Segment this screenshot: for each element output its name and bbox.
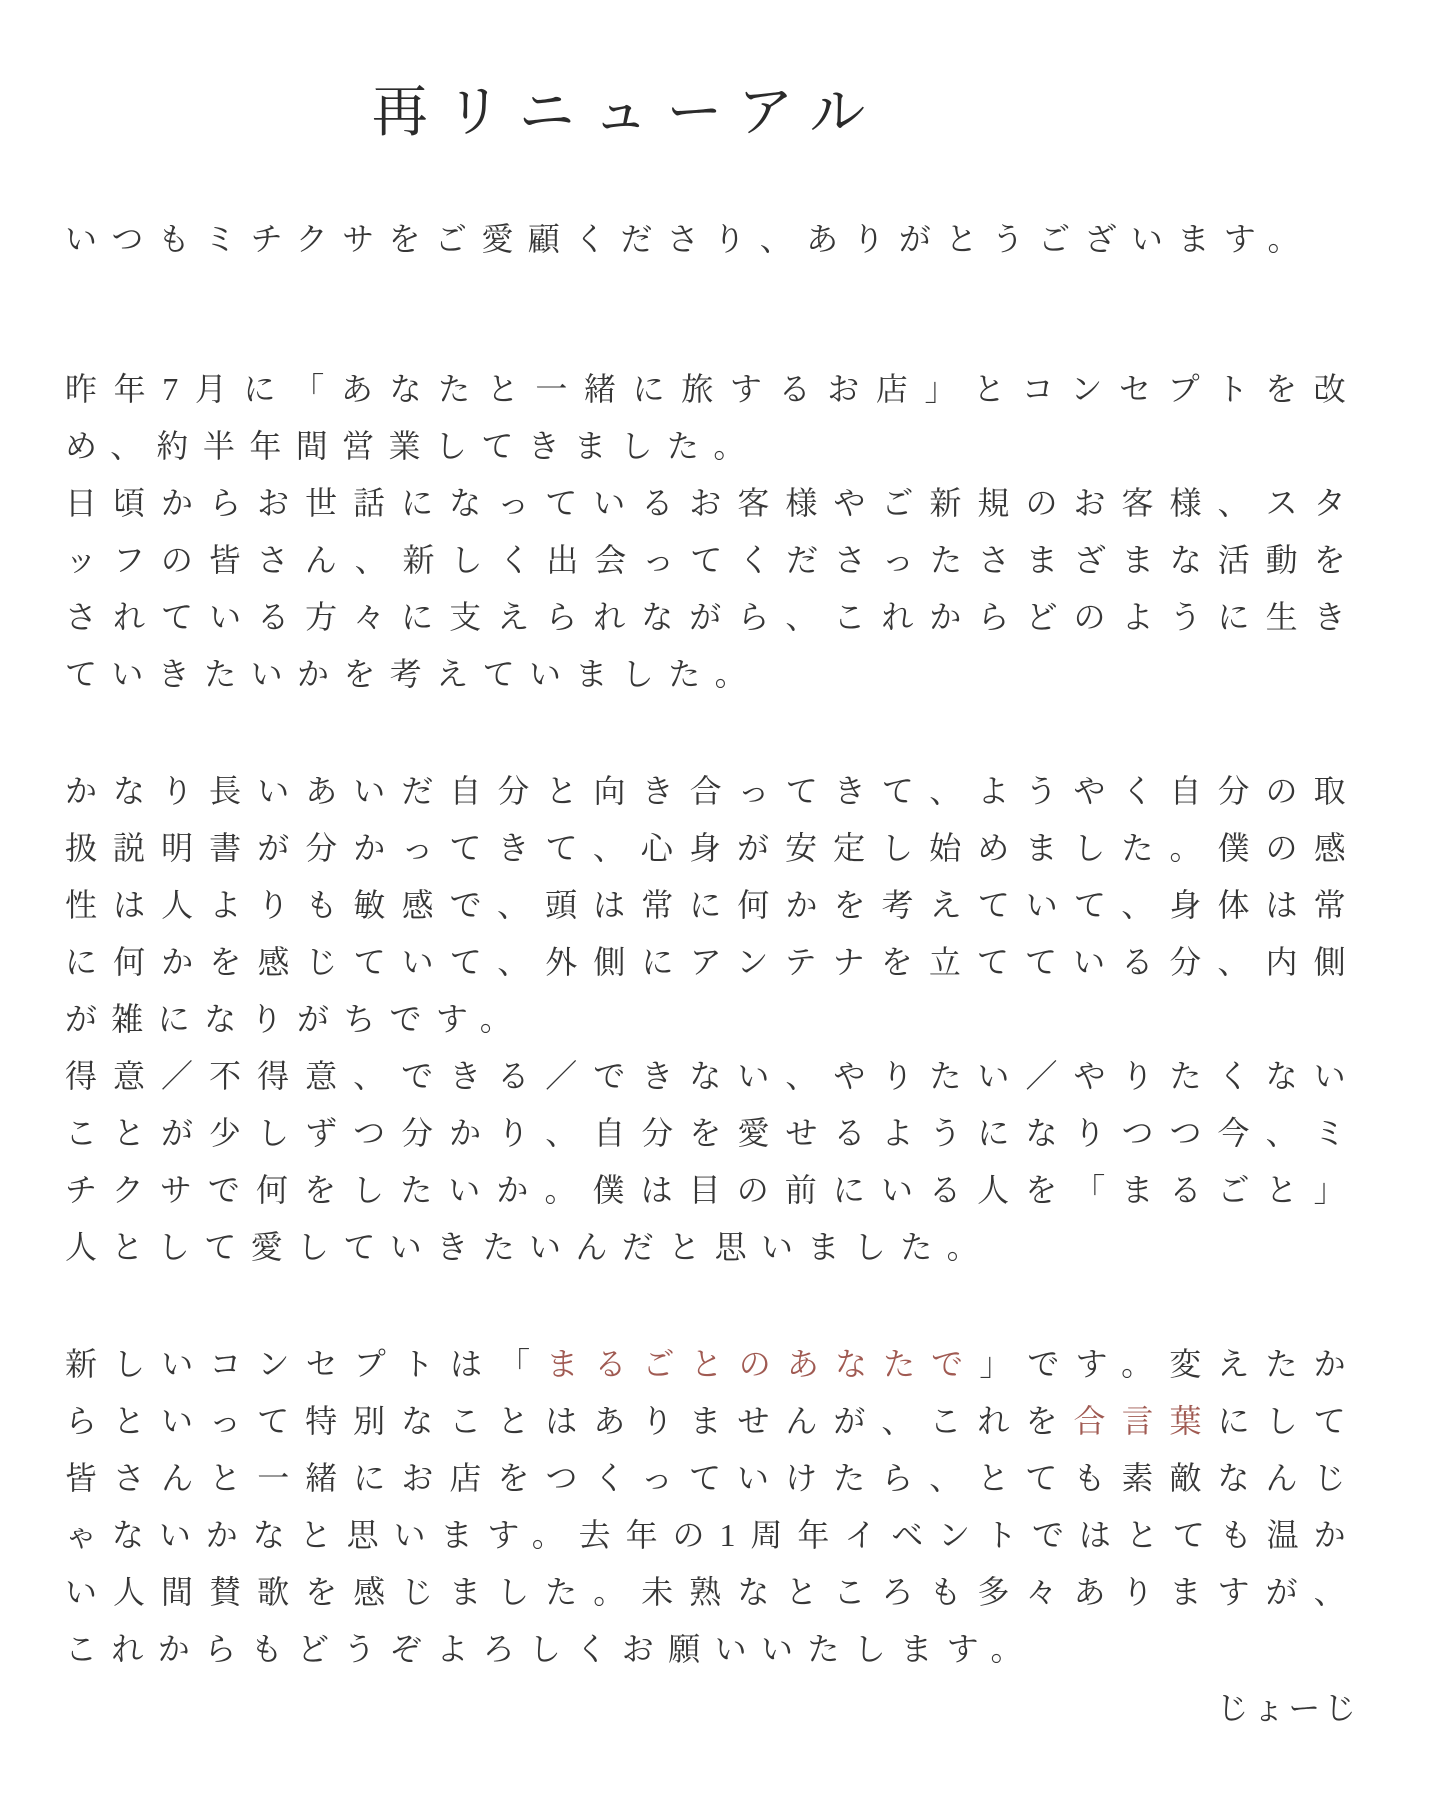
accent-phrase-aikotoba: 合言葉 bbox=[1073, 1403, 1217, 1439]
paragraph-reflection: かなり長いあいだ自分と向き合ってきて、ようやく自分の取扱説明書が分かってきて、心… bbox=[65, 763, 1360, 1276]
concept-text-before: 新しいコンセプトは「 bbox=[65, 1346, 546, 1382]
page-title: 再リニューアル bbox=[65, 85, 1360, 141]
accent-phrase-marugoto-no-anata-de: まるごとのあなたで bbox=[546, 1346, 979, 1382]
paragraph-new-concept: 新しいコンセプトは「まるごとのあなたで」です。変えたからといって特別なことはあり… bbox=[65, 1336, 1360, 1678]
concept-text-after: にして皆さんと一緒にお店をつくっていけたら、とても素敵なんじゃないかなと思います… bbox=[65, 1403, 1360, 1667]
letter-body: いつもミチクサをご愛顧くださり、ありがとうございます。 昨年7月に「あなたと一緒… bbox=[65, 211, 1360, 1737]
signature: じょーじ bbox=[65, 1680, 1360, 1737]
letter-page: 再リニューアル いつもミチクサをご愛顧くださり、ありがとうございます。 昨年7月… bbox=[0, 0, 1440, 1800]
paragraph-greeting: いつもミチクサをご愛顧くださり、ありがとうございます。 bbox=[65, 211, 1360, 268]
paragraph-history: 昨年7月に「あなたと一緒に旅するお店」とコンセプトを改め、約半年間営業してきまし… bbox=[65, 361, 1360, 703]
